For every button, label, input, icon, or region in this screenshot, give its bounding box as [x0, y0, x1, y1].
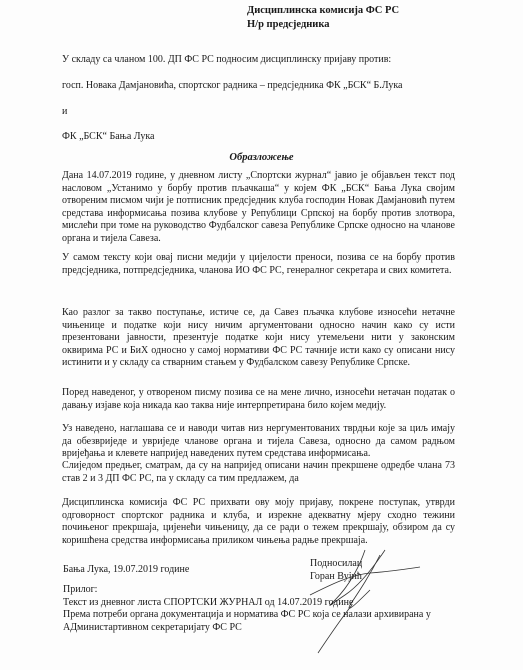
paragraph-text: Уз наведено, наглашава се и наводи читав… — [62, 423, 455, 461]
paragraph-text: Слиједом предњег, сматрам, да су на напр… — [62, 460, 455, 485]
section-heading: Образложење — [0, 152, 523, 163]
submitter-label: Подносилац — [310, 557, 362, 570]
attachment-block: Прилог: Текст из дневног листа СПОРТСКИ … — [63, 584, 431, 634]
paragraph-3: Као разлог за такво поступање, истиче се… — [62, 307, 455, 370]
paragraph-text: У самом тексту који овај писни медији у … — [62, 252, 455, 277]
conjunction: и — [62, 105, 67, 118]
paragraph-text: Дисциплинска комисија ФС РС прихвати ову… — [62, 497, 455, 547]
paragraph-7: Дисциплинска комисија ФС РС прихвати ову… — [62, 497, 455, 547]
accused-person: госп. Новака Дамјановића, спортског радн… — [62, 79, 402, 92]
paragraph-text: Поред наведеног, у отвореном писму позив… — [62, 387, 455, 412]
addressee-block: Дисциплинска комисија ФС РС Н/р предсјед… — [247, 4, 399, 32]
submitter-name: Горан Вујић — [310, 570, 362, 583]
paragraph-2: У самом тексту који овај писни медији у … — [62, 252, 455, 277]
attachment-item: Текст из дневног листа СПОРТСКИ ЖУРНАЛ о… — [63, 597, 431, 610]
attachment-label: Прилог: — [63, 584, 431, 597]
accused-club: ФК „БСК“ Бања Лука — [62, 130, 155, 143]
paragraph-text: Дана 14.07.2019 године, у дневном листу … — [62, 170, 455, 246]
attachment-item: Према потреби органа документација и нор… — [63, 609, 431, 622]
paragraph-text: Као разлог за такво поступање, истиче се… — [62, 307, 455, 370]
intro-line: У складу са чланом 100. ДП ФС РС подноси… — [62, 53, 391, 66]
attachment-item: АДминистартивном секретаријату ФС РС — [63, 622, 431, 635]
document-page: Дисциплинска комисија ФС РС Н/р предсјед… — [0, 0, 523, 670]
place-date: Бања Лука, 19.07.2019 године — [63, 564, 189, 575]
submitter-block: Подносилац Горан Вујић — [310, 557, 362, 583]
paragraph-1: Дана 14.07.2019 године, у дневном листу … — [62, 170, 455, 246]
addressee-line-2: Н/р предсједника — [247, 18, 399, 32]
paragraph-4: Поред наведеног, у отвореном писму позив… — [62, 387, 455, 412]
addressee-line-1: Дисциплинска комисија ФС РС — [247, 4, 399, 18]
paragraph-6: Слиједом предњег, сматрам, да су на напр… — [62, 460, 455, 485]
paragraph-5: Уз наведено, наглашава се и наводи читав… — [62, 423, 455, 461]
